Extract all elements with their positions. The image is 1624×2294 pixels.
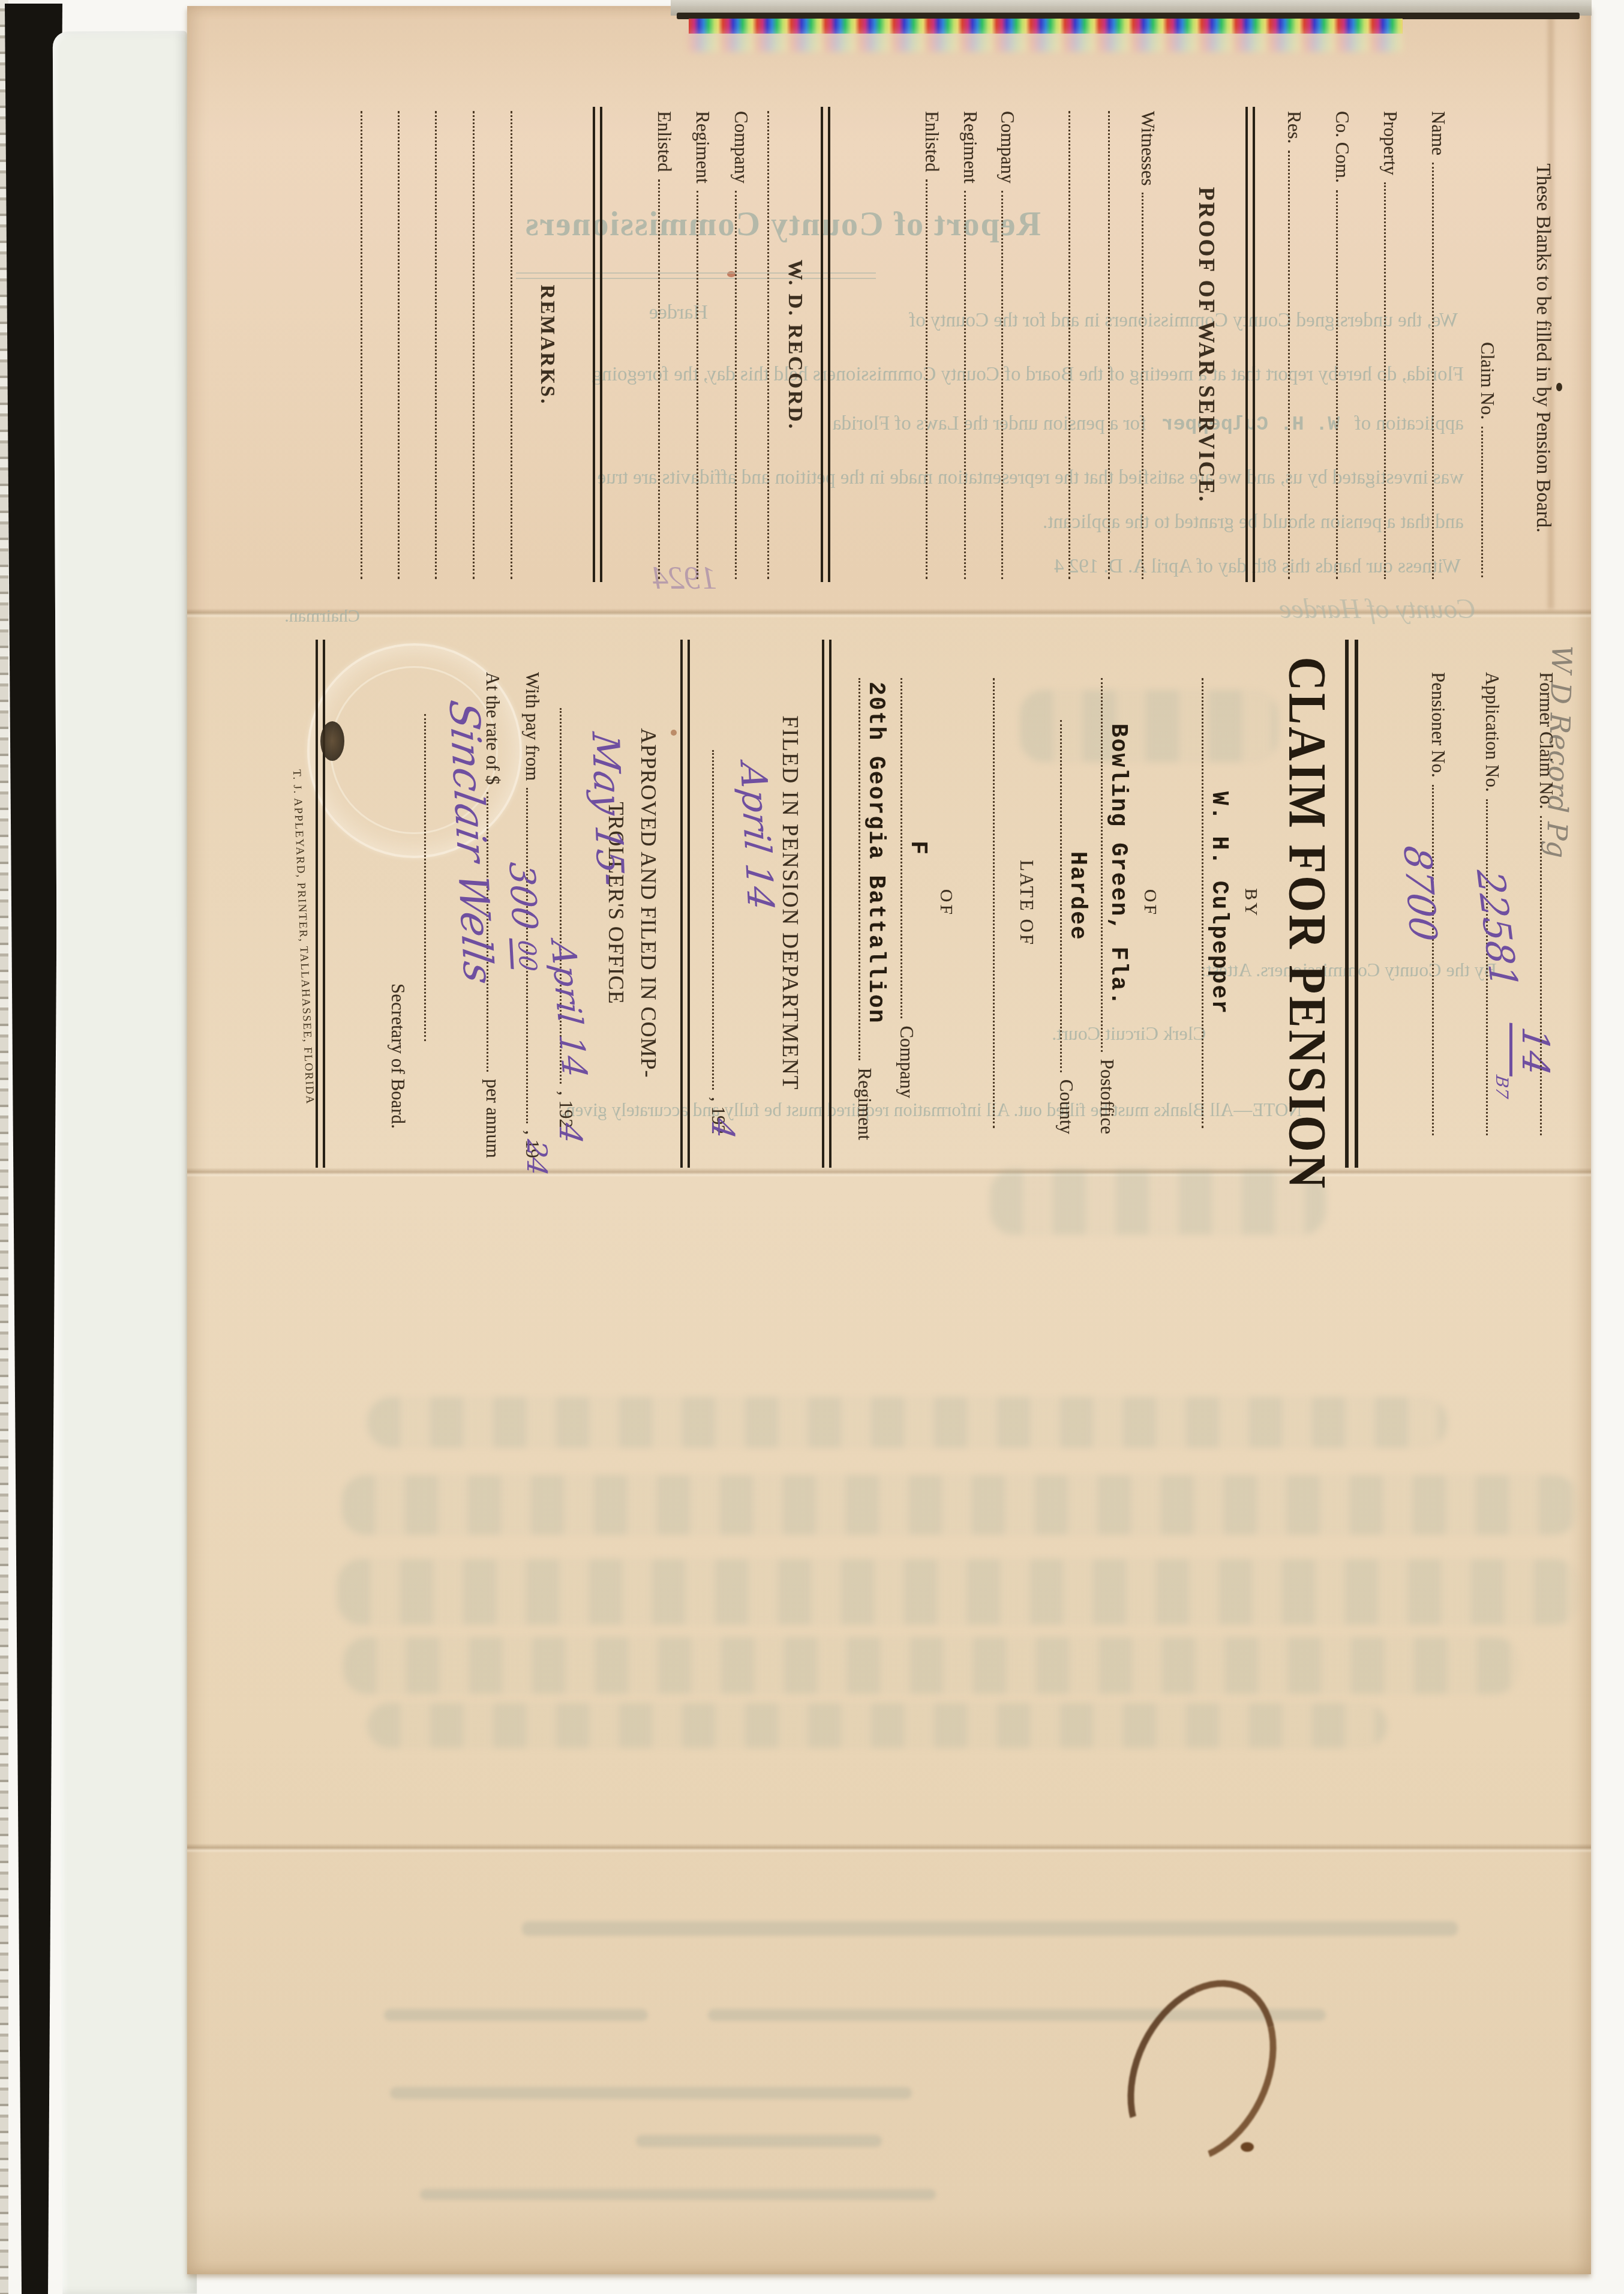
remarks-heading-text: REMARKS. — [536, 285, 558, 406]
remarks-blank-row — [431, 111, 437, 579]
regiment-row: 20th Georgia Battallion Regiment — [854, 678, 875, 1140]
blank-line — [435, 111, 437, 579]
blank-line — [1142, 193, 1143, 579]
witness-blank-row — [1104, 111, 1110, 579]
witnesses-label: Witnesses — [1137, 111, 1158, 185]
typed-company: F — [905, 678, 930, 1018]
handwritten-pensioner-number: 8700 — [1395, 844, 1446, 943]
handwritten-filed-year: 4 — [704, 1116, 740, 1141]
approved-heading-1: APPROVED AND FILED IN COMP- — [636, 678, 660, 1128]
claim-no-label: Claim No. — [1477, 342, 1497, 419]
double-rule — [316, 640, 325, 1168]
of-label: OF — [1140, 889, 1160, 917]
typed-postoffice: Bowling Green, Fla. — [1105, 678, 1130, 1052]
blank-line — [1540, 816, 1542, 1135]
blank-line — [1001, 191, 1003, 579]
wd-record-heading: W. D. RECORD. — [784, 111, 806, 579]
company-line: F — [900, 678, 902, 1018]
double-rule — [1245, 107, 1255, 582]
color-calibration-bleed — [689, 31, 1403, 52]
handwritten-filed-date: April 14 — [731, 761, 781, 913]
former-claim-row: Former Claim No. — [1536, 672, 1556, 1135]
remarks-blank-row — [394, 111, 400, 579]
pensioner-no-label: Pensioner No. — [1428, 672, 1448, 778]
blank-line — [361, 111, 362, 579]
blank-line — [993, 678, 995, 1128]
blank-line — [1481, 427, 1483, 577]
handwritten-rate: 300 00 — [501, 860, 548, 973]
application-no-label: Application No. — [1482, 672, 1502, 792]
res-row: Res. — [1284, 111, 1304, 579]
scanned-pension-document: Report of County Commissioners Hardee We… — [0, 0, 1624, 2294]
blanks-note: These Blanks to be filled in by Pension … — [1532, 114, 1554, 582]
printer-union-label-ornament — [320, 721, 344, 761]
signature-row — [420, 714, 426, 1041]
blank-line — [1432, 785, 1434, 1135]
enlisted-label: Enlisted — [654, 111, 674, 172]
double-rule — [593, 107, 602, 582]
blank-line — [1384, 182, 1386, 579]
postoffice-line: Bowling Green, Fla. — [1101, 678, 1103, 1052]
blank-line — [1068, 111, 1070, 579]
regiment-line: 20th Georgia Battallion — [858, 678, 860, 1060]
property-label: Property — [1380, 111, 1400, 175]
blank-line — [658, 179, 660, 579]
witnesses-row: Witnesses — [1137, 111, 1158, 579]
typed-regiment: 20th Georgia Battallion — [863, 678, 888, 1064]
remarks-blank-row — [469, 111, 475, 579]
company-row-2: Company — [731, 111, 751, 579]
enlisted-label: Enlisted — [921, 111, 942, 172]
late-of-row: LATE OF — [1016, 678, 1037, 1128]
typed-claimant-name: W. H. Culpepper — [1206, 678, 1231, 1128]
claimant-line: W. H. Culpepper — [1202, 678, 1203, 1128]
county-line: Hardee — [1060, 720, 1062, 1072]
proof-heading-text: PROOF OF WAR SERVICE. — [1193, 187, 1218, 503]
blank-white-sheet — [53, 31, 197, 2294]
enlisted-row-2: Enlisted — [654, 111, 674, 579]
remarks-blank-row — [356, 111, 362, 579]
postoffice-row: Bowling Green, Fla. Postoffice — [1097, 678, 1117, 1134]
handwritten-rate-dollars: 300 — [501, 860, 545, 932]
double-rule — [822, 640, 831, 1168]
blank-line — [926, 179, 927, 579]
handwritten-approved-date: May 15- — [583, 730, 632, 889]
blank-line — [1432, 163, 1434, 579]
readable-page: These Blanks to be filled in by Pension … — [187, 6, 1591, 2274]
company-label: Company — [997, 111, 1017, 184]
blank-line — [767, 111, 769, 579]
blank-line — [398, 111, 400, 579]
remarks-heading: REMARKS. — [536, 111, 558, 579]
handwritten-application-number: 22581 — [1467, 869, 1526, 989]
handwritten-pay-date: April 14 — [543, 940, 595, 1079]
title-double-rule — [1345, 640, 1358, 1168]
name-label: Name — [1428, 111, 1448, 155]
company-row-1: Company — [997, 111, 1017, 579]
blank-line — [964, 191, 966, 579]
secretary-of-board-label: Secretary of Board. — [388, 983, 408, 1129]
company-row: F Company — [896, 678, 917, 1098]
regiment-row-2: Regiment — [692, 111, 713, 579]
handwritten-approved-year: 4 — [552, 1121, 588, 1146]
co-com-row: Co. Com. — [1332, 111, 1352, 579]
late-of-label: LATE OF — [1016, 860, 1037, 946]
enlisted-row-1: Enlisted — [921, 111, 942, 579]
blank-line — [511, 111, 512, 579]
company-label: Company — [731, 111, 751, 184]
name-row: Name — [1428, 111, 1448, 579]
blank-line — [697, 191, 698, 579]
property-row: Property — [1380, 111, 1400, 579]
res-label: Res. — [1284, 111, 1304, 143]
witness-blank-row — [1064, 111, 1070, 579]
signature-line — [424, 714, 426, 1041]
handwritten-rate-cents: 00 — [509, 938, 542, 973]
regiment-row-1: Regiment — [960, 111, 980, 579]
rate-suffix: per annum — [482, 1079, 503, 1158]
former-claim-label: Former Claim No. — [1536, 672, 1556, 809]
double-rule — [821, 107, 830, 582]
filed-date-line — [712, 750, 714, 1090]
regiment-label: Regiment — [854, 1067, 875, 1140]
of-label-row: OF — [1140, 678, 1160, 1128]
blank-line — [473, 111, 475, 579]
scan-edge-speckle — [0, 0, 8, 2294]
wd-record-heading-text: W. D. RECORD. — [784, 260, 806, 430]
claimant-row: W. H. Culpepper — [1197, 678, 1203, 1128]
co-com-label: Co. Com. — [1332, 111, 1352, 183]
late-of-blank-row — [989, 678, 995, 1128]
filed-date-row: , 192 — [708, 750, 728, 1134]
blank-line — [735, 191, 737, 579]
pay-from-label: With pay from — [522, 672, 542, 781]
claim-no-row: Claim No. — [1477, 342, 1497, 577]
approved-heading-1-text: APPROVED AND FILED IN COMP- — [636, 728, 660, 1078]
postoffice-label: Postoffice — [1097, 1059, 1117, 1134]
regiment-label: Regiment — [960, 111, 980, 184]
rotated-content-container: These Blanks to be filled in by Pension … — [187, 6, 1591, 2274]
blank-line — [1288, 151, 1290, 579]
regiment-label: Regiment — [692, 111, 713, 184]
claim-for-pension-title: CLAIM FOR PENSION — [1277, 656, 1338, 1150]
printer-credit: T. J. APPLEYARD, PRINTER, TALLAHASSEE, F… — [290, 769, 316, 1105]
typed-county: Hardee — [1064, 720, 1089, 1072]
blank-line — [1108, 111, 1110, 579]
by-label-row: BY — [1241, 678, 1261, 1128]
county-label: County — [1056, 1079, 1076, 1134]
remarks-blank-row — [506, 111, 512, 579]
proof-of-war-service-heading: PROOF OF WAR SERVICE. — [1193, 111, 1218, 579]
handwritten-pay-year: 24 — [521, 1138, 553, 1177]
blank-line — [1336, 190, 1338, 579]
double-rule — [680, 640, 690, 1168]
blanks-note-text: These Blanks to be filled in by Pension … — [1532, 164, 1554, 533]
of-label-2-row: OF — [936, 678, 956, 1128]
wd-blank-row — [763, 111, 769, 579]
county-row: Hardee County — [1056, 720, 1076, 1134]
company-label: Company — [896, 1025, 917, 1098]
of-label-2: OF — [936, 889, 956, 917]
secretary-label-row: Secretary of Board. — [388, 942, 408, 1170]
by-label: BY — [1241, 888, 1261, 918]
